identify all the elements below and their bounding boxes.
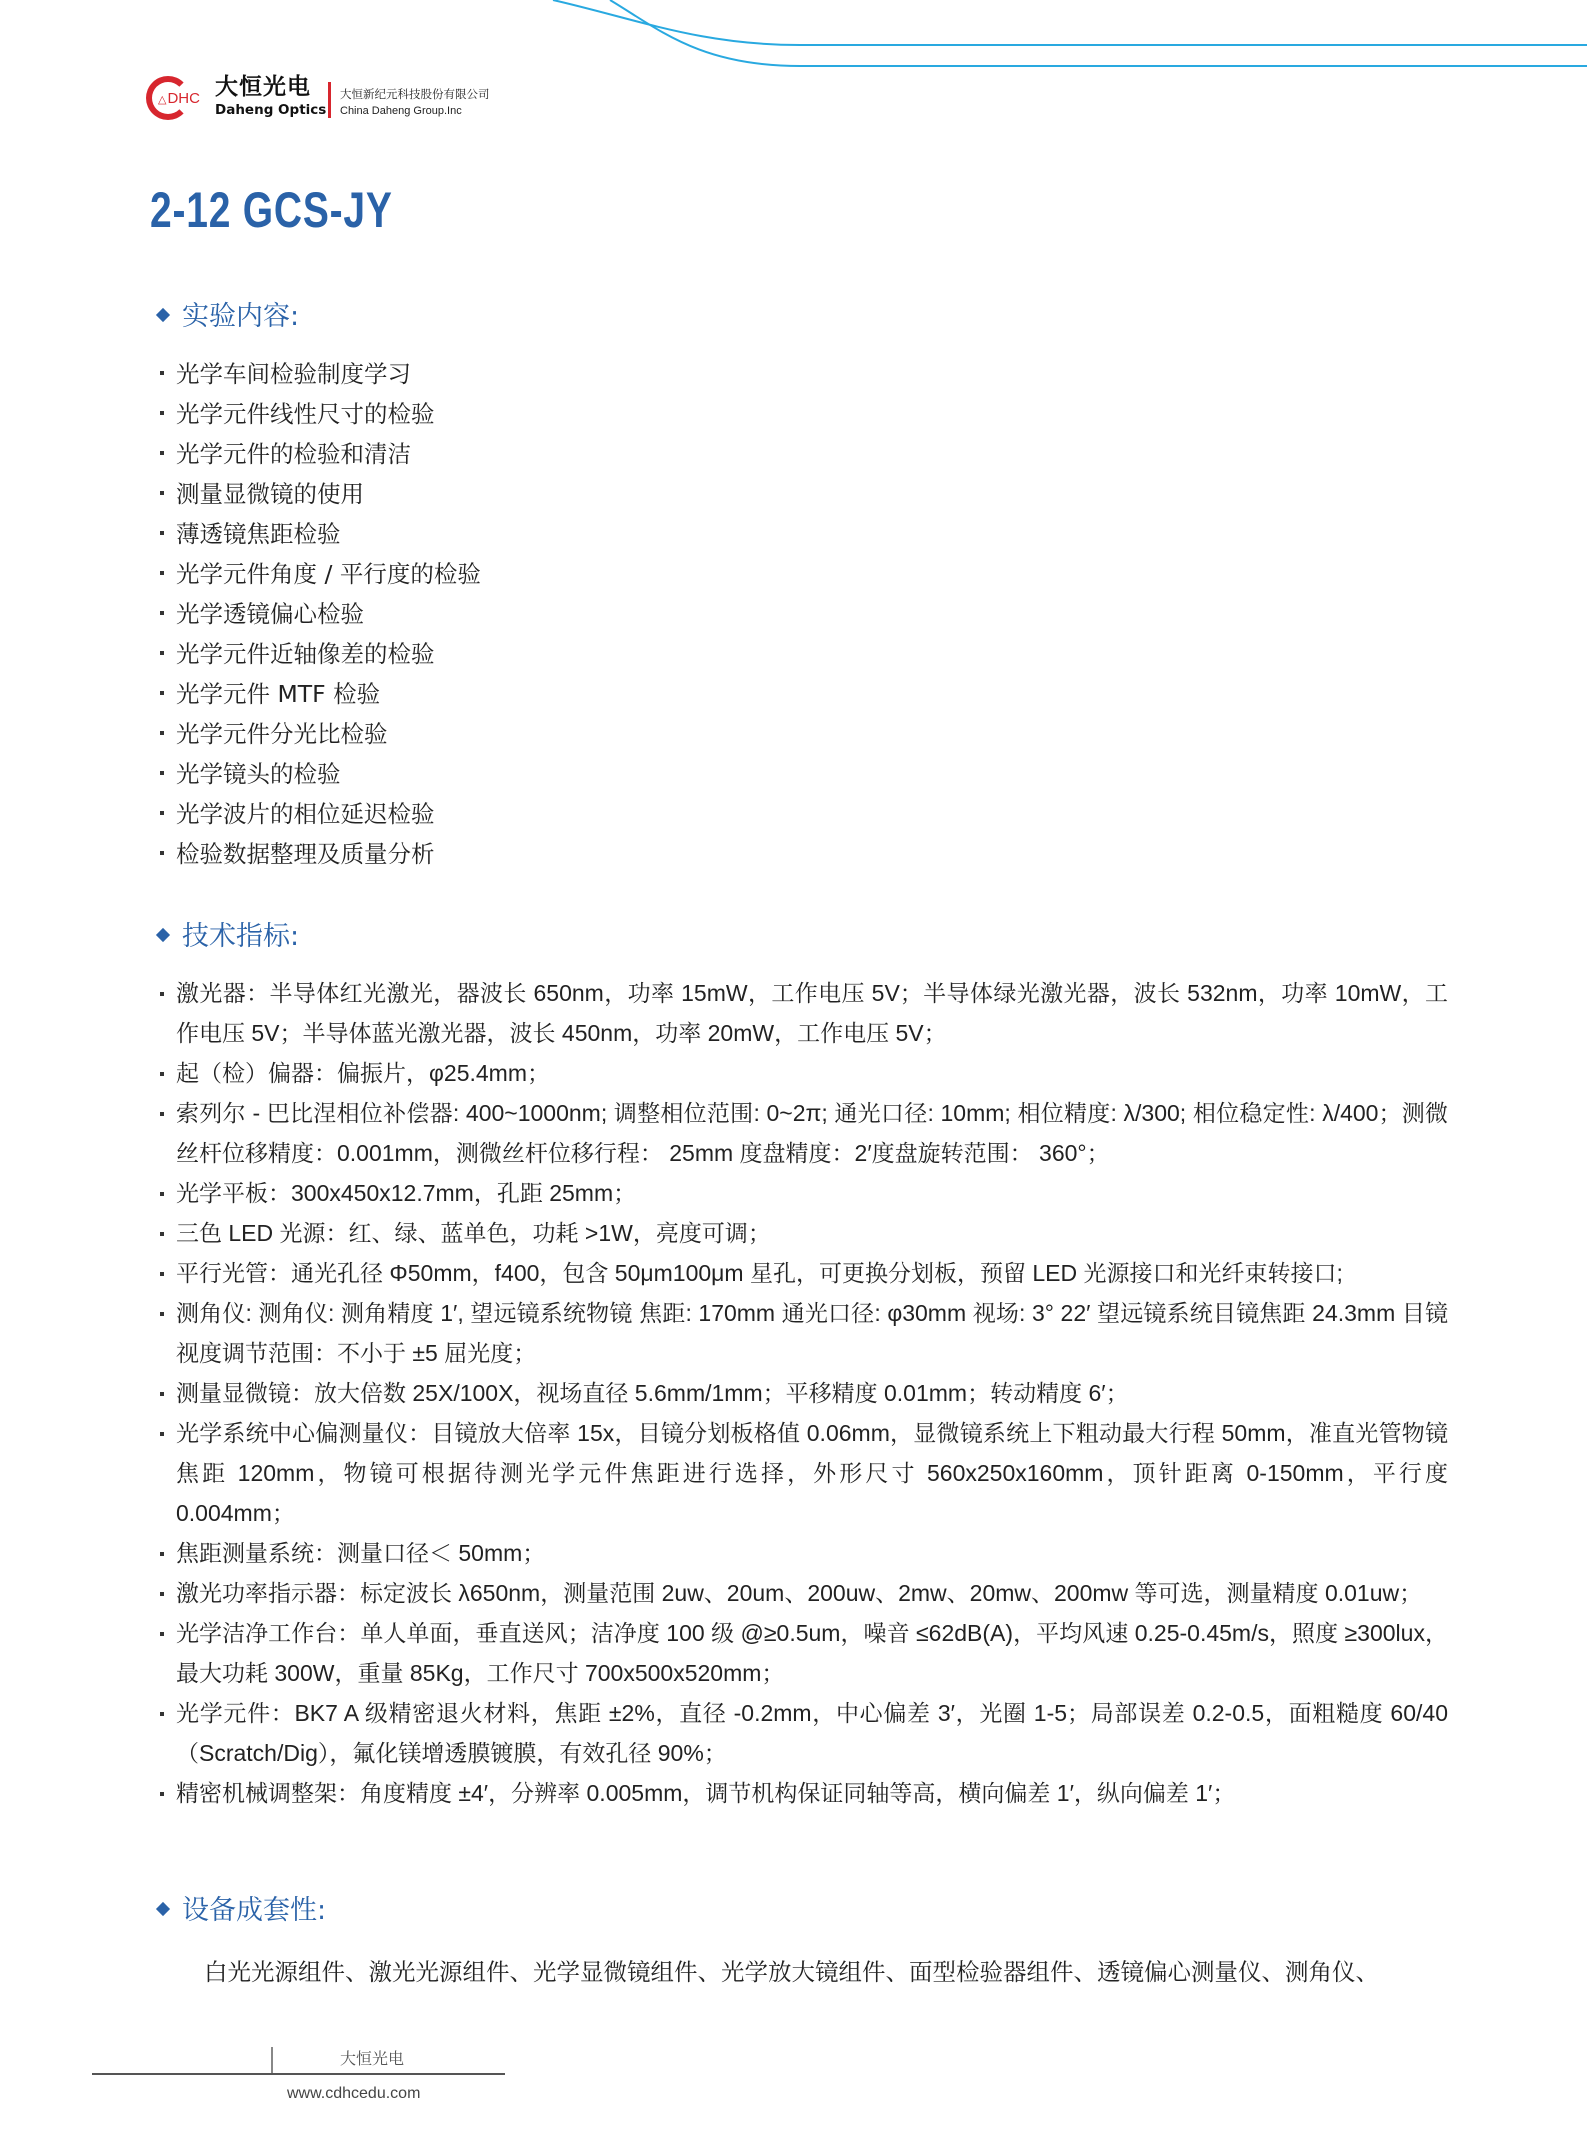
- bullet-icon: [160, 1792, 164, 1796]
- company-name-en: China Daheng Group.Inc: [340, 104, 462, 118]
- bullet-icon: [160, 1312, 164, 1316]
- footer-brand: 大恒光电: [340, 2048, 404, 2070]
- spec-item: 焦距测量系统：测量口径＜ 50mm；: [158, 1533, 1448, 1573]
- list-item: 光学透镜偏心检验: [158, 594, 481, 634]
- bullet-icon: [160, 1272, 164, 1276]
- footer-divider-vertical: [271, 2047, 273, 2074]
- bullet-icon: [160, 691, 164, 695]
- bullet-icon: [160, 531, 164, 535]
- list-item: 光学元件分光比检验: [158, 714, 481, 754]
- bullet-icon: [160, 371, 164, 375]
- spec-item: 激光器：半导体红光激光，器波长 650nm，功率 15mW，工作电压 5V；半导…: [158, 973, 1448, 1053]
- diamond-bullet-icon: [156, 308, 170, 322]
- spec-item: 平行光管：通光孔径 Φ50mm，f400，包含 50μm100μm 星孔，可更换…: [158, 1253, 1448, 1293]
- spec-list: 激光器：半导体红光激光，器波长 650nm，功率 15mW，工作电压 5V；半导…: [158, 973, 1448, 1813]
- bullet-icon: [160, 1112, 164, 1116]
- spec-item: 精密机械调整架：角度精度 ±4′，分辨率 0.005mm，调节机构保证同轴等高，…: [158, 1773, 1448, 1813]
- bullet-icon: [160, 571, 164, 575]
- diamond-bullet-icon: [156, 1902, 170, 1916]
- experiment-list: 光学车间检验制度学习 光学元件线性尺寸的检验 光学元件的检验和清洁 测量显微镜的…: [158, 354, 481, 874]
- company-name-cn: 大恒新纪元科技股份有限公司: [340, 87, 490, 101]
- kit-description: 白光光源组件、激光光源组件、光学显微镜组件、光学放大镜组件、面型检验器组件、透镜…: [204, 1952, 1379, 1992]
- spec-item: 光学洁净工作台：单人单面，垂直送风；洁净度 100 级 @≥0.5um，噪音 ≤…: [158, 1613, 1448, 1693]
- bullet-icon: [160, 771, 164, 775]
- bullet-icon: [160, 491, 164, 495]
- list-item: 薄透镜焦距检验: [158, 514, 481, 554]
- bullet-icon: [160, 1432, 164, 1436]
- bullet-icon: [160, 731, 164, 735]
- spec-item: 三色 LED 光源：红、绿、蓝单色，功耗 >1W，亮度可调；: [158, 1213, 1448, 1253]
- bullet-icon: [160, 1632, 164, 1636]
- bullet-icon: [160, 1712, 164, 1716]
- list-item: 光学镜头的检验: [158, 754, 481, 794]
- bullet-icon: [160, 1232, 164, 1236]
- footer-divider: [92, 2073, 505, 2075]
- spec-item: 测角仪: 测角仪: 测角精度 1′, 望远镜系统物镜 焦距: 170mm 通光口…: [158, 1293, 1448, 1373]
- spec-item: 测量显微镜：放大倍数 25X/100X，视场直径 5.6mm/1mm；平移精度 …: [158, 1373, 1448, 1413]
- diamond-bullet-icon: [156, 928, 170, 942]
- logo-mark: △DHC: [158, 90, 200, 107]
- list-item: 光学元件的检验和清洁: [158, 434, 481, 474]
- list-item: 光学元件线性尺寸的检验: [158, 394, 481, 434]
- bullet-icon: [160, 1072, 164, 1076]
- bullet-icon: [160, 851, 164, 855]
- spec-item: 激光功率指示器：标定波长 λ650nm，测量范围 2uw、20um、200uw、…: [158, 1573, 1448, 1613]
- bullet-icon: [160, 1192, 164, 1196]
- spec-item: 索列尔 - 巴比涅相位补偿器: 400~1000nm; 调整相位范围: 0~2π…: [158, 1093, 1448, 1173]
- list-item: 光学元件角度 / 平行度的检验: [158, 554, 481, 594]
- page-title: 2-12 GCS-JY: [150, 180, 393, 240]
- footer-url-link[interactable]: www.cdhcedu.com: [287, 2083, 420, 2105]
- company-logo: △DHC 大恒光电 Daheng Optics 大恒新纪元科技股份有限公司 Ch…: [146, 74, 566, 126]
- spec-item: 光学系统中心偏测量仪：目镜放大倍率 15x，目镜分划板格值 0.06mm，显微镜…: [158, 1413, 1448, 1533]
- list-item: 光学元件 MTF 检验: [158, 674, 481, 714]
- section-heading-experiments: 实验内容:: [155, 300, 299, 334]
- bullet-icon: [160, 1552, 164, 1556]
- bullet-icon: [160, 1592, 164, 1596]
- spec-item: 光学平板：300x450x12.7mm，孔距 25mm；: [158, 1173, 1448, 1213]
- section-heading-kit: 设备成套性:: [155, 1894, 326, 1928]
- bullet-icon: [160, 811, 164, 815]
- bullet-icon: [160, 411, 164, 415]
- list-item: 光学元件近轴像差的检验: [158, 634, 481, 674]
- section-heading-specs: 技术指标:: [155, 920, 299, 954]
- bullet-icon: [160, 451, 164, 455]
- spec-item: 起（检）偏器：偏振片，φ25.4mm；: [158, 1053, 1448, 1093]
- bullet-icon: [160, 611, 164, 615]
- list-item: 检验数据整理及质量分析: [158, 834, 481, 874]
- list-item: 测量显微镜的使用: [158, 474, 481, 514]
- logo-divider: [328, 82, 331, 118]
- bullet-icon: [160, 651, 164, 655]
- spec-item: 光学元件：BK7 A 级精密退火材料，焦距 ±2%，直径 -0.2mm，中心偏差…: [158, 1693, 1448, 1773]
- prism-icon: △: [158, 94, 166, 106]
- list-item: 光学波片的相位延迟检验: [158, 794, 481, 834]
- bullet-icon: [160, 992, 164, 996]
- list-item: 光学车间检验制度学习: [158, 354, 481, 394]
- brand-name-cn: 大恒光电: [215, 74, 311, 100]
- brand-name-en: Daheng Optics: [215, 102, 326, 118]
- bullet-icon: [160, 1392, 164, 1396]
